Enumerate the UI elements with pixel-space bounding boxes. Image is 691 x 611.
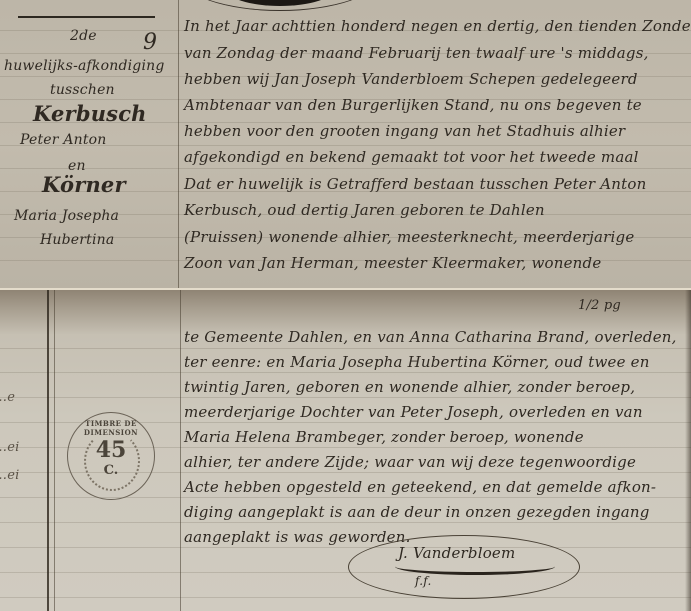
margin-divider [180, 290, 181, 611]
bride-surname: Körner [42, 172, 126, 197]
stamp-unit: C. [68, 463, 154, 478]
margin-note: 1/2 pg [578, 298, 621, 313]
binding-rule-inner [54, 290, 55, 611]
signature-subscript: f.f. [415, 574, 431, 588]
bride-given-names-1: Maria Josepha [14, 208, 119, 224]
body-line: alhier, ter andere Zijde; waar van wij d… [184, 453, 636, 471]
body-line: van Zondag der maand Februarij ten twaal… [184, 44, 649, 62]
tax-stamp: TIMBRE DE DIMENSION 45 C. [67, 412, 155, 500]
body-line: aangeplakt is was geworden. [184, 528, 411, 546]
body-line: hebben voor den grooten ingang van het S… [184, 122, 625, 140]
bottom-page-segment: …e …ei …ei TIMBRE DE DIMENSION 45 C. 1/2… [0, 290, 691, 611]
ordinal-label: 2de [70, 28, 97, 44]
binding-rule [47, 290, 49, 611]
body-line: Acte hebben opgesteld en geteekend, en d… [184, 478, 656, 496]
body-line: twintig Jaren, geboren en wonende alhier… [184, 378, 635, 396]
body-line: Dat er huwelijk is Getrafferd bestaan tu… [184, 175, 646, 193]
body-line: te Gemeente Dahlen, en van Anna Catharin… [184, 328, 677, 346]
stamp-ring-text: TIMBRE DE DIMENSION [68, 419, 154, 437]
record-title-tusschen: tusschen [50, 82, 115, 98]
groom-surname: Kerbusch [33, 101, 147, 126]
body-line: Maria Helena Brambeger, zonder beroep, w… [184, 428, 584, 446]
body-line: hebben wij Jan Joseph Vanderbloem Schepe… [184, 70, 638, 88]
bride-given-names-2: Hubertina [40, 232, 114, 248]
facing-page-text: …ei [0, 468, 19, 483]
stamp-value: 45 [68, 437, 154, 463]
body-line: meerderjarige Dochter van Peter Joseph, … [184, 403, 643, 421]
top-page-segment: 2de 9 huwelijks-afkondiging tusschen Ker… [0, 0, 691, 289]
heading-rule [18, 16, 155, 18]
body-line: (Pruissen) wonende alhier, meesterknecht… [184, 228, 634, 246]
record-number: 9 [143, 30, 157, 55]
body-line: ter eenre: en Maria Josepha Hubertina Kö… [184, 353, 650, 371]
body-line: Zoon van Jan Herman, meester Kleermaker,… [184, 254, 601, 272]
margin-column: 2de 9 huwelijks-afkondiging tusschen Ker… [0, 0, 180, 289]
body-line: Kerbusch, oud dertig Jaren geboren te Da… [184, 201, 545, 219]
record-title: huwelijks-afkondiging [4, 58, 165, 74]
page-edge-shadow [685, 290, 691, 611]
facing-page-text: …ei [0, 440, 19, 455]
body-line: afgekondigd en bekend gemaakt tot voor h… [184, 148, 639, 166]
official-signature: J. Vanderbloem [398, 544, 515, 562]
body-line: diging aangeplakt is aan de deur in onze… [184, 503, 650, 521]
body-line: In het Jaar achttien honderd negen en de… [184, 17, 691, 35]
groom-given-names: Peter Anton [20, 132, 107, 148]
facing-page-text: …e [0, 390, 15, 405]
body-line: Ambtenaar van den Burgerlijken Stand, nu… [184, 96, 642, 114]
